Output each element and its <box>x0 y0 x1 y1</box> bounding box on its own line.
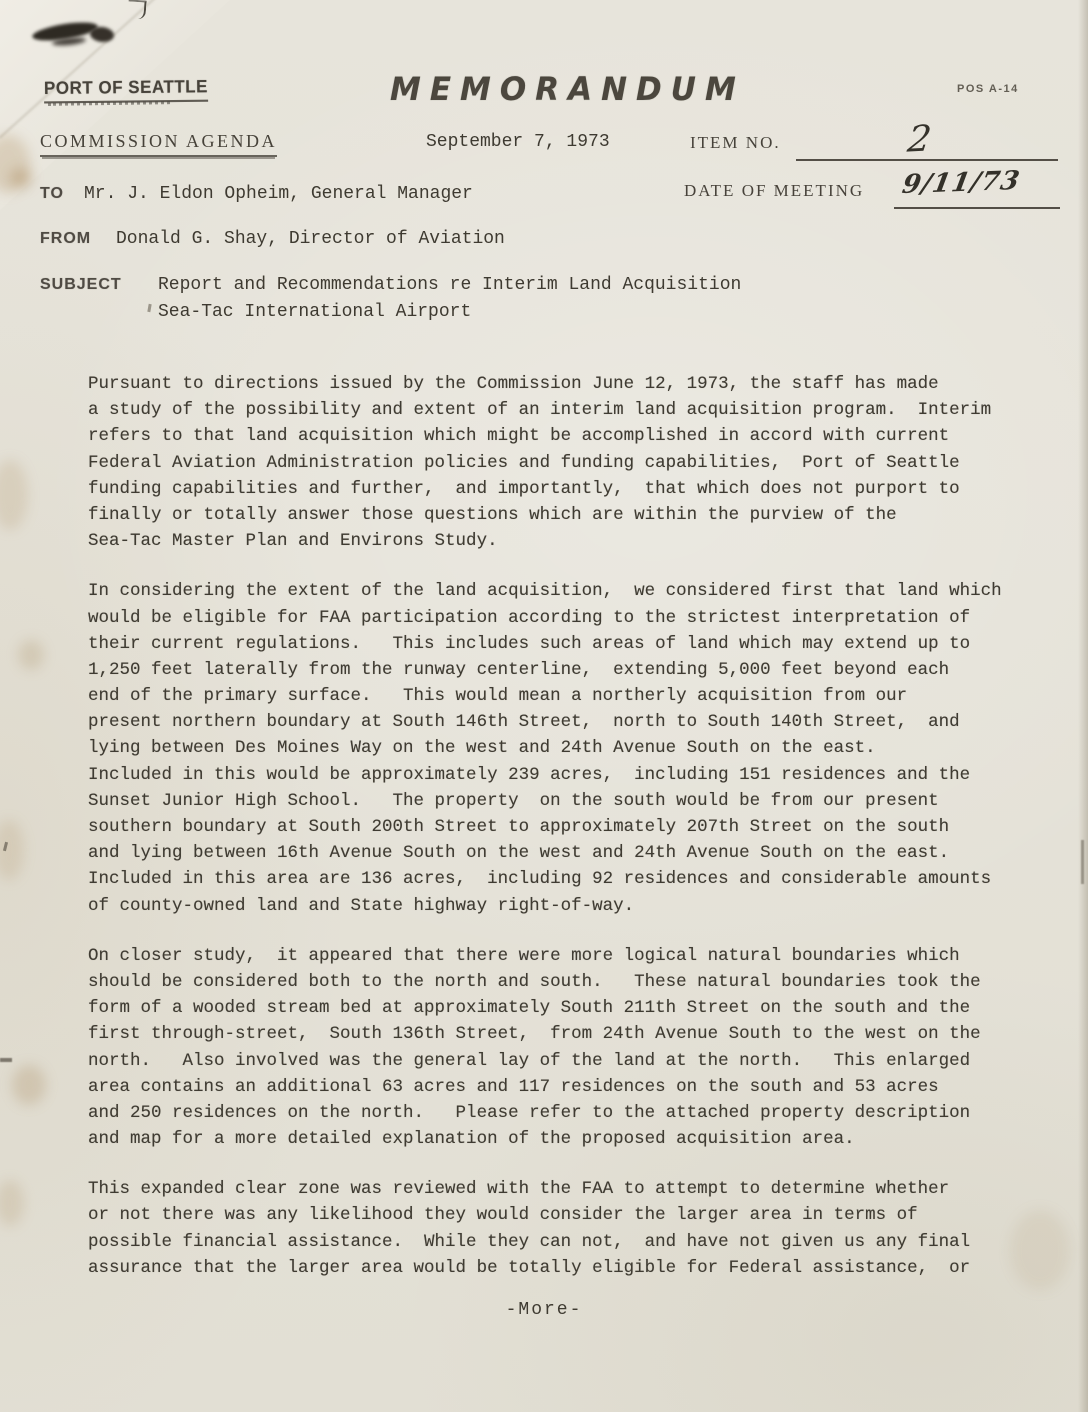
body-line: 1,250 feet laterally from the runway cen… <box>88 657 1048 683</box>
item-no-value-handwritten: 2 <box>905 118 933 160</box>
paragraph: This expanded clear zone was reviewed wi… <box>88 1176 1048 1281</box>
body-line: Included in this area are 136 acres, inc… <box>88 866 1048 892</box>
body-line: refers to that land acquisition which mi… <box>88 423 1048 449</box>
memo-date: September 7, 1973 <box>426 132 610 152</box>
from-label: FROM <box>40 230 91 248</box>
stray-mark <box>147 304 151 312</box>
body-line: would be eligible for FAA participation … <box>88 605 1048 631</box>
body-line: a study of the possibility and extent of… <box>88 397 1048 423</box>
date-of-meeting-underline <box>894 207 1060 209</box>
body-line: Sea-Tac Master Plan and Environs Study. <box>88 528 1048 554</box>
date-of-meeting-value-handwritten: 9/11/73 <box>900 166 1023 200</box>
commission-agenda-label: COMMISSION AGENDA <box>40 131 277 157</box>
body-line: On closer study, it appeared that there … <box>88 943 1048 969</box>
body-line: funding capabilities and further, and im… <box>88 476 1048 502</box>
to-label: TO <box>40 185 64 203</box>
date-of-meeting-label: DATE OF MEETING <box>684 181 864 201</box>
paper-stain <box>12 1065 46 1105</box>
subject-line-2: Sea-Tac International Airport <box>158 302 471 322</box>
body-line: north. Also involved was the general lay… <box>88 1048 1048 1074</box>
body-line: first through-street, South 136th Street… <box>88 1021 1048 1047</box>
memo-body: Pursuant to directions issued by the Com… <box>88 371 1048 1305</box>
item-no-label: ITEM NO. <box>690 133 781 153</box>
form-code: POS A-14 <box>957 83 1019 95</box>
paragraph: Pursuant to directions issued by the Com… <box>88 371 1048 554</box>
edge-mark <box>1081 840 1084 884</box>
page-right-edge <box>1078 0 1088 1412</box>
body-line: possible financial assistance. While the… <box>88 1229 1048 1255</box>
body-line: and 250 residences on the north. Please … <box>88 1100 1048 1126</box>
body-line: and map for a more detailed explanation … <box>88 1126 1048 1152</box>
body-line: Sunset Junior High School. The property … <box>88 788 1048 814</box>
body-line: form of a wooded stream bed at approxima… <box>88 995 1048 1021</box>
body-line: and lying between 16th Avenue South on t… <box>88 840 1048 866</box>
continuation-marker: -More- <box>0 1300 1088 1320</box>
paper-stain <box>0 460 28 530</box>
subject-label: SUBJECT <box>40 276 122 294</box>
body-line: Federal Aviation Administration policies… <box>88 450 1048 476</box>
paper-stain <box>18 640 44 670</box>
body-line: finally or totally answer those question… <box>88 502 1048 528</box>
body-line: should be considered both to the north a… <box>88 969 1048 995</box>
from-value: Donald G. Shay, Director of Aviation <box>116 229 505 249</box>
paragraph: In considering the extent of the land ac… <box>88 578 1048 918</box>
body-line: present northern boundary at South 146th… <box>88 709 1048 735</box>
body-line: or not there was any likelihood they wou… <box>88 1202 1048 1228</box>
to-value: Mr. J. Eldon Opheim, General Manager <box>84 184 473 204</box>
memo-page: PORT OF SEATTLE MEMORANDUM POS A-14 COMM… <box>0 0 1088 1412</box>
paper-stain <box>0 1180 24 1226</box>
stray-mark <box>0 1058 12 1062</box>
body-line: This expanded clear zone was reviewed wi… <box>88 1176 1048 1202</box>
org-stamp: PORT OF SEATTLE <box>44 77 208 104</box>
body-line: of county-owned land and State highway r… <box>88 893 1048 919</box>
memorandum-title: MEMORANDUM <box>390 72 745 109</box>
body-line: lying between Des Moines Way on the west… <box>88 735 1048 761</box>
paragraph: On closer study, it appeared that there … <box>88 943 1048 1153</box>
body-line: end of the primary surface. This would m… <box>88 683 1048 709</box>
body-line: In considering the extent of the land ac… <box>88 578 1048 604</box>
body-line: southern boundary at South 200th Street … <box>88 814 1048 840</box>
body-line: assurance that the larger area would be … <box>88 1255 1048 1281</box>
body-line: area contains an additional 63 acres and… <box>88 1074 1048 1100</box>
body-line: their current regulations. This includes… <box>88 631 1048 657</box>
body-line: Pursuant to directions issued by the Com… <box>88 371 1048 397</box>
paper-stain <box>10 168 32 188</box>
body-line: Included in this would be approximately … <box>88 762 1048 788</box>
subject-line-1: Report and Recommendations re Interim La… <box>158 275 741 295</box>
